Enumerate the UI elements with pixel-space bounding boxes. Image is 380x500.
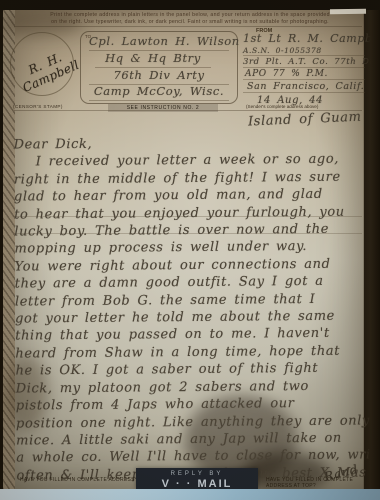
from-address-line-3: 3rd Plt. A.T. Co. 77th Div.: [243, 57, 365, 68]
form-instructions: Print the complete address in plain lett…: [30, 12, 350, 26]
to-address-line-4: Camp McCoy, Wisc.: [89, 84, 229, 101]
letter-line: he is OK. I got a saber out of this figh…: [15, 360, 365, 380]
from-address-block: 1st Lt R. M. Campbell A.S.N. 0-1055378 3…: [243, 32, 365, 106]
photo-top-edge: [0, 0, 380, 10]
from-address-line-4: APO 77 % P.M.: [243, 69, 365, 80]
letter-line: lucky boy. The battle is over now and th…: [14, 221, 364, 241]
to-address-box: TO Cpl. Lawton H. Wilson Hq & Hq Btry 76…: [80, 31, 238, 104]
header-rule: [14, 26, 362, 27]
censor-stamp-label: (CENSOR'S STAMP): [13, 104, 63, 109]
photo-right-edge: [363, 9, 380, 490]
photo-top-sliver: [330, 9, 366, 15]
background-surface-strip: [0, 489, 380, 500]
vmail-logo-text: V · · MAIL: [136, 478, 258, 489]
sender-note: (Sender's complete address above): [246, 104, 318, 109]
vmail-letter-photo: Print the complete address in plain lett…: [0, 0, 380, 500]
from-address-line-1: 1st Lt R. M. Campbell: [243, 32, 365, 45]
form-instructions-line2: on the right. Use typewriter, dark ink, …: [30, 19, 350, 26]
to-address-line-2: Hq & Hq Btry: [95, 51, 211, 68]
reply-by-vmail-box: REPLY BY V · · MAIL: [136, 468, 258, 489]
from-address-line-5: San Francisco, Calif.: [243, 81, 365, 93]
reply-by-label: REPLY BY: [136, 471, 258, 477]
form-instructions-line1: Print the complete address in plain lett…: [30, 12, 350, 19]
from-address-line-2: A.S.N. 0-1055378: [243, 46, 365, 56]
to-address-line-1: Cpl. Lawton H. Wilson: [89, 34, 229, 51]
to-address-line-3: 76th Div Arty: [89, 68, 229, 85]
letter-body: Dear Dick, I received your letter a week…: [13, 133, 366, 484]
